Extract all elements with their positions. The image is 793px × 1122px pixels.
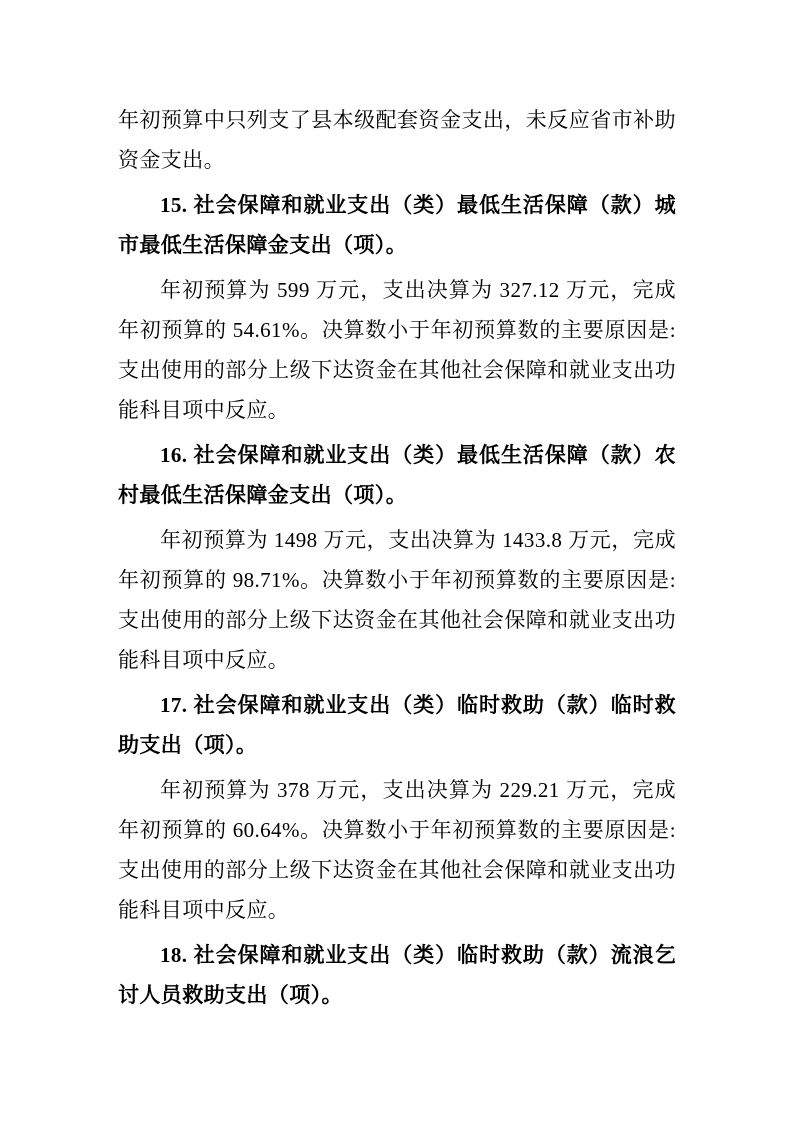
paragraph-section-17: 年初预算为 378 万元，支出决算为 229.21 万元，完成年初预算的 60.… [118,770,676,930]
section-heading-18: 18. 社会保障和就业支出（类）临时救助（款）流浪乞讨人员救助支出（项）。 [118,935,676,1015]
paragraph-section-15: 年初预算为 599 万元，支出决算为 327.12 万元，完成年初预算的 54.… [118,270,676,430]
paragraph-carryover: 年初预算中只列支了县本级配套资金支出，未反应省市补助资金支出。 [118,100,676,180]
section-heading-17: 17. 社会保障和就业支出（类）临时救助（款）临时救助支出（项）。 [118,685,676,765]
section-heading-16: 16. 社会保障和就业支出（类）最低生活保障（款）农村最低生活保障金支出（项）。 [118,435,676,515]
paragraph-section-16: 年初预算为 1498 万元，支出决算为 1433.8 万元，完成年初预算的 98… [118,520,676,680]
page-content: 年初预算中只列支了县本级配套资金支出，未反应省市补助资金支出。 15. 社会保障… [118,100,676,1020]
section-heading-15: 15. 社会保障和就业支出（类）最低生活保障（款）城市最低生活保障金支出（项）。 [118,185,676,265]
document-page: 年初预算中只列支了县本级配套资金支出，未反应省市补助资金支出。 15. 社会保障… [0,0,793,1122]
